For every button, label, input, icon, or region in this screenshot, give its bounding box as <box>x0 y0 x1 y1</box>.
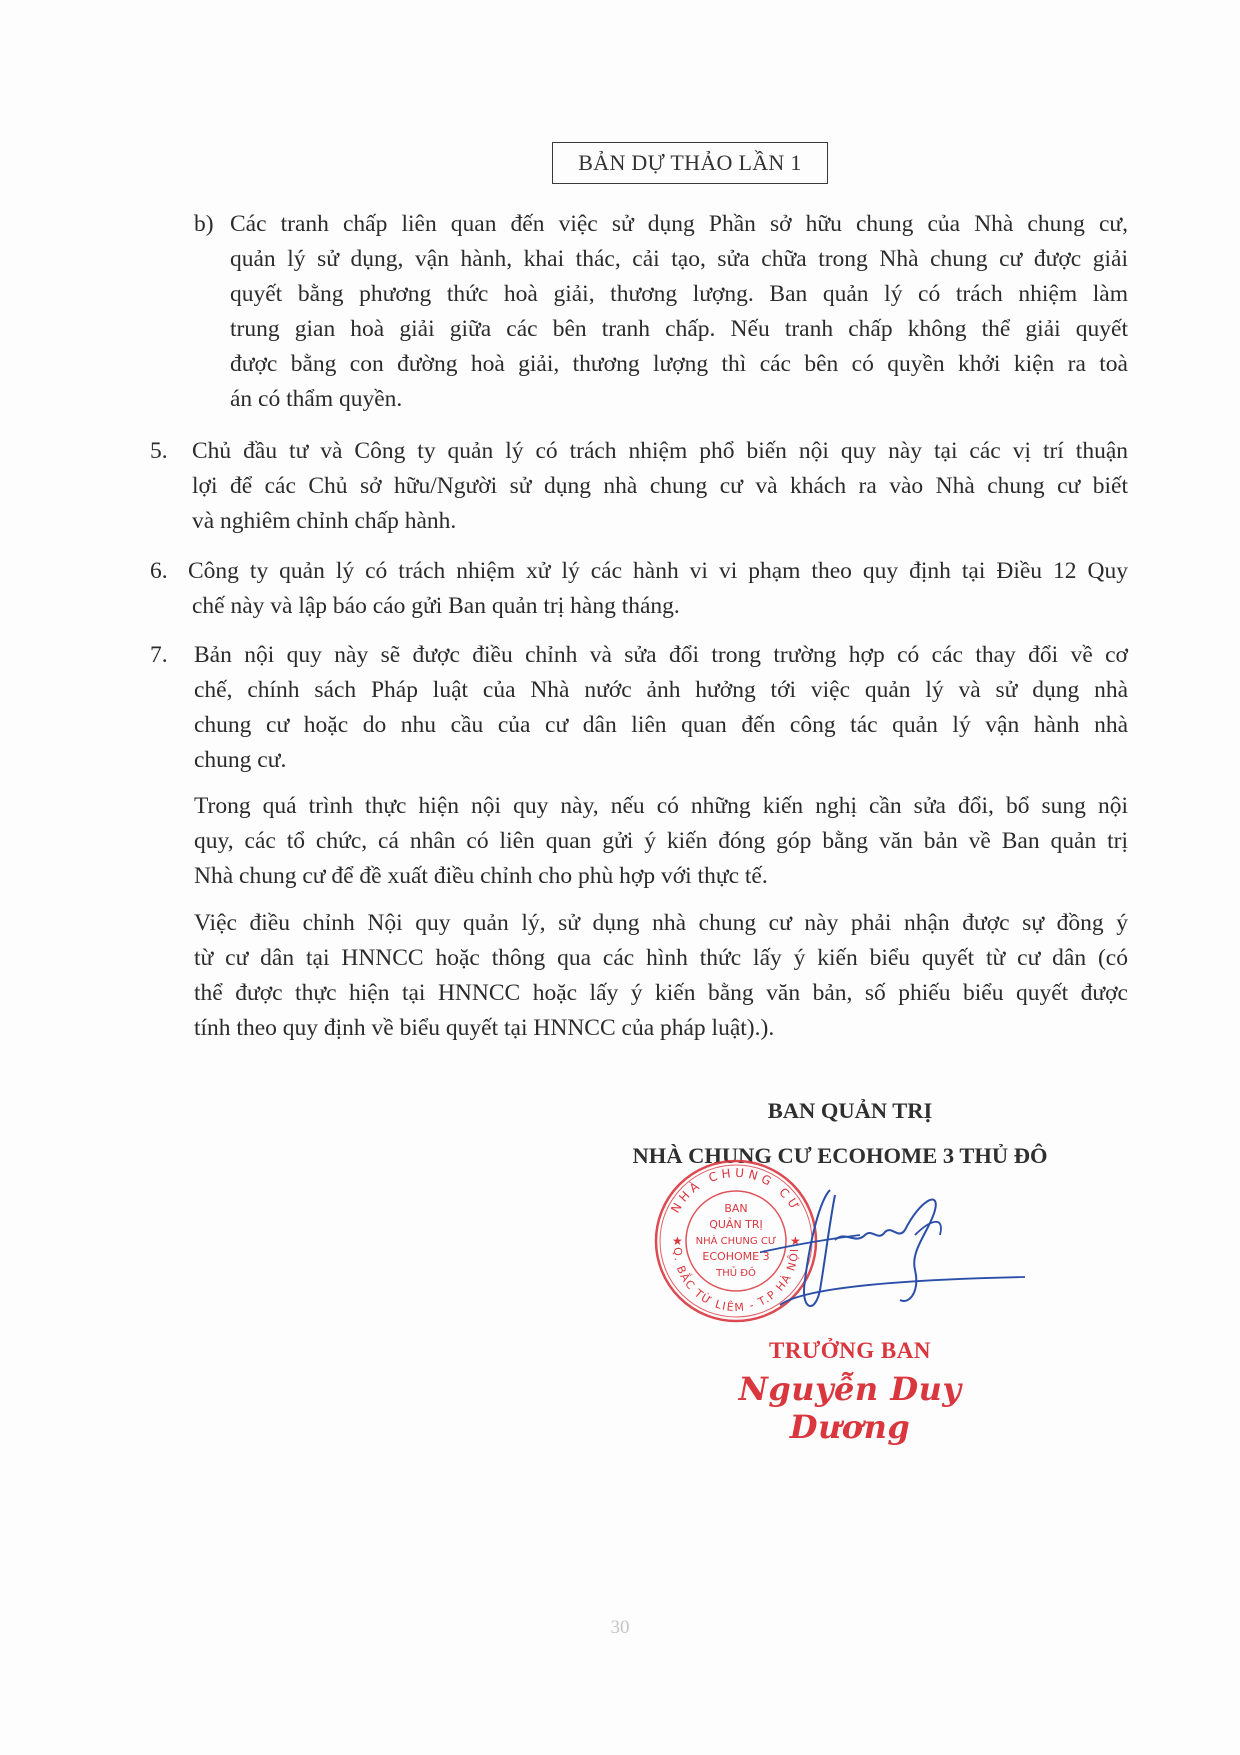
position-title: TRƯỞNG BAN <box>700 1338 1000 1364</box>
draft-label-box: BẢN DỰ THẢO LẦN 1 <box>552 142 828 184</box>
item-marker: 5. <box>150 436 168 466</box>
text-line: Chủ đầu tư và Công ty quản lý có trách n… <box>192 436 1128 466</box>
text-line: Nhà chung cư để đề xuất điều chỉnh cho p… <box>194 861 768 891</box>
handwritten-signature-icon <box>760 1180 1030 1320</box>
text-line: thể được thực hiện tại HNNCC hoặc lấy ý … <box>194 978 1128 1008</box>
page-number: 30 <box>600 1617 640 1639</box>
text-line: quản lý sử dụng, vận hành, khai thác, cả… <box>230 244 1128 274</box>
text-line: được bằng con đường hoà giải, thương lượ… <box>230 349 1128 379</box>
text-line: chung cư hoặc do nhu cầu của cư dân liên… <box>194 710 1128 740</box>
text-line: Việc điều chỉnh Nội quy quản lý, sử dụng… <box>194 908 1128 938</box>
text-line: Trong quá trình thực hiện nội quy này, n… <box>194 791 1128 821</box>
document-page: BẢN DỰ THẢO LẦN 1 b) Các tranh chấp liên… <box>0 0 1240 1755</box>
text-line: Các tranh chấp liên quan đến việc sử dụn… <box>230 209 1128 239</box>
svg-text:THỦ ĐÔ: THỦ ĐÔ <box>715 1265 756 1279</box>
org-name-line-1: BAN QUẢN TRỊ <box>700 1098 1000 1124</box>
text-line: và nghiêm chỉnh chấp hành. <box>192 506 456 536</box>
item-marker: 7. <box>150 640 168 670</box>
text-line: từ cư dân tại HNNCC hoặc thông qua các h… <box>194 943 1128 973</box>
item-marker: b) <box>194 209 214 239</box>
draft-label: BẢN DỰ THẢO LẦN 1 <box>578 150 801 176</box>
text-line: quy, các tổ chức, cá nhân có liên quan g… <box>194 826 1128 856</box>
text-line: quyết bằng phương thức hoà giải, thương … <box>230 279 1128 309</box>
text-line: Bản nội quy này sẽ được điều chỉnh và sử… <box>194 640 1128 670</box>
text-line: chung cư. <box>194 745 286 775</box>
text-line: án có thẩm quyền. <box>230 384 402 414</box>
text-line: tính theo quy định về biểu quyết tại HNN… <box>194 1013 774 1043</box>
svg-text:BAN: BAN <box>724 1202 747 1215</box>
text-line: trung gian hoà giải giữa các bên tranh c… <box>230 314 1128 344</box>
item-marker: 6. <box>150 556 168 586</box>
text-line: Công ty quản lý có trách nhiệm xử lý các… <box>188 556 1128 586</box>
text-line: chế này và lập báo cáo gửi Ban quản trị … <box>192 591 680 621</box>
text-line: chế, chính sách Pháp luật của Nhà nước ả… <box>194 675 1128 705</box>
svg-text:QUẢN TRỊ: QUẢN TRỊ <box>709 1217 763 1231</box>
text-line: lợi để các Chủ sở hữu/Người sử dụng nhà … <box>192 471 1128 501</box>
svg-text:★: ★ <box>672 1234 683 1248</box>
signer-name: Nguyễn Duy Dương <box>690 1370 1010 1446</box>
